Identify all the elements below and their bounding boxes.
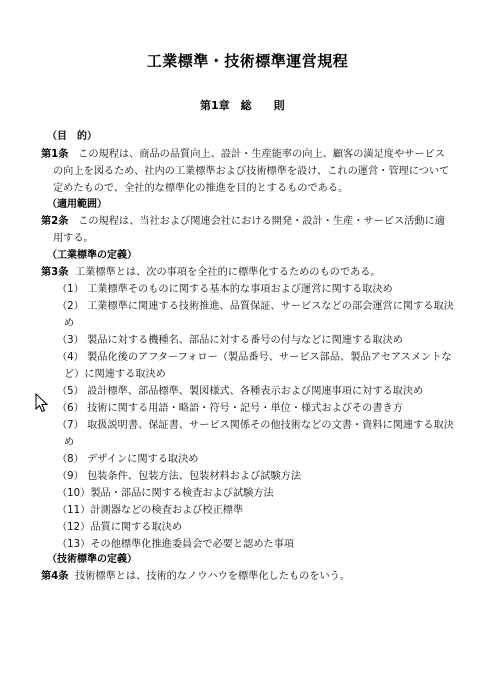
chapter-heading: 第1章 総 則 — [200, 97, 285, 113]
article-text: この規程は、商品の品質向上、設計・生産能率の向上、顧客の満足度やサービス — [78, 149, 445, 160]
article-2-line-1: 第2条 この規程は、当社および関連会社における開発・設計・生産・サービス活動に適 — [41, 215, 445, 229]
article-number: 第3条 — [41, 267, 68, 278]
list-item-2-cont: め — [64, 317, 74, 331]
list-item-12: （12）品質に関する取決め — [57, 521, 182, 535]
list-item-13: （13）その他標準化推進委員会で必要と認めた事項 — [57, 538, 294, 552]
list-item-5: （5） 設計標準、部品標準、製図様式、各種表示および関連事項に対する取決め — [57, 385, 423, 399]
list-item-7: （7） 取扱説明書、保証書、サービス関係その他技術などの文書・資料に関連する取決 — [57, 419, 454, 433]
article-1-line-3: 定めたもので、全社的な標準化の推進を目的とするものである。 — [53, 182, 348, 196]
article-number: 第4条 — [41, 571, 68, 582]
list-item-3: （3） 製品に対する機種名、部品に対する番号の付与などに関連する取決め — [57, 334, 403, 348]
list-item-7-cont: め — [64, 436, 74, 450]
article-text: 技術標準とは、技術的なノウハウを標準化したものをいう。 — [75, 571, 350, 582]
section-heading-scope: （適用範囲） — [47, 198, 107, 212]
section-heading-industrial-standard: （工業標準の定義） — [47, 249, 137, 263]
list-item-4: （4） 製品化後のアフターフォロー（製品番号、サービス部品、製品アセアスメントな — [57, 351, 452, 365]
article-1-line-1: 第1条 この規程は、商品の品質向上、設計・生産能率の向上、顧客の満足度やサービス — [41, 148, 445, 162]
list-item-4-cont: ど）に関連する取決め — [64, 368, 166, 382]
arrow-pointer-icon — [35, 393, 49, 413]
article-4-line-1: 第4条 技術標準とは、技術的なノウハウを標準化したものをいう。 — [41, 570, 350, 584]
article-2-line-2: 用する。 — [53, 232, 94, 246]
list-item-2: （2） 工業標準に関連する技術推進、品質保証、サービスなどの部会運営に関する取決 — [57, 300, 454, 314]
section-heading-purpose: （目 的） — [47, 130, 97, 144]
article-1-line-2: の向上を図るため、社内の工業標準および技術標準を設け、これの運営・管理について — [53, 165, 449, 179]
section-heading-technical-standard: （技術標準の定義） — [47, 553, 137, 567]
article-text: この規程は、当社および関連会社における開発・設計・生産・サービス活動に適 — [78, 216, 445, 227]
document-title: 工業標準・技術標準運営規程 — [0, 50, 495, 71]
list-item-9: （9） 包装条件、包装方法、包装材料および試験方法 — [57, 470, 301, 484]
list-item-10: （10）製品・部品に関する検査および試験方法 — [57, 487, 274, 501]
article-number: 第2条 — [41, 216, 68, 227]
list-item-1: （1） 工業標準そのものに関する基本的な事項および運営に関する取決め — [57, 283, 393, 297]
article-number: 第1条 — [41, 149, 68, 160]
list-item-6: （6） 技術に関する用語・略語・符号・記号・単位・様式およびその書き方 — [57, 402, 403, 416]
list-item-8: （8） デザインに関する取決め — [57, 453, 198, 467]
article-3-line-1: 第3条 工業標準とは、次の事項を全社的に標準化するためのものである。 — [41, 266, 381, 280]
article-text: 工業標準とは、次の事項を全社的に標準化するためのものである。 — [75, 267, 381, 278]
document-page: 工業標準・技術標準運営規程 第1章 総 則 （目 的） 第1条 この規程は、商品… — [0, 0, 495, 680]
list-item-11: （11）計測器などの検査および校正標準 — [57, 504, 243, 518]
